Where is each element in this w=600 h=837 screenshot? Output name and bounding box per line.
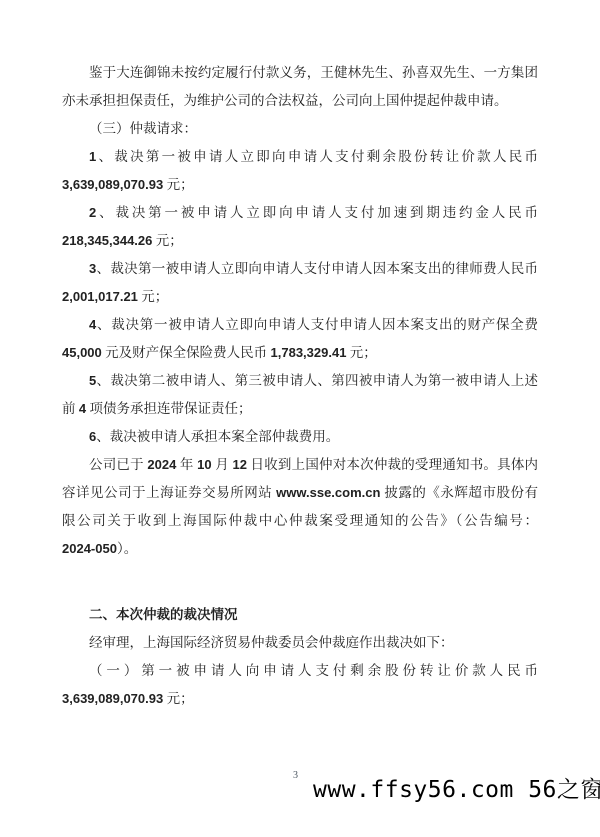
cjk-text: （三）仲裁请求：	[89, 121, 197, 136]
cjk-text: 亦未承担担保责任，为维护公司的合法权益，公司向上国仲提起仲裁申请。	[62, 93, 508, 108]
text-line: 218,345,344.26 元；	[62, 227, 538, 255]
cjk-text: 、裁决第一被申请人立即向申请人支付申请人因本案支出的财产保全费	[96, 317, 538, 332]
cjk-text: 容详见公司于上海证券交易所网站	[62, 485, 276, 500]
cjk-text: 鉴于大连御锦未按约定履行付款义务，王健林先生、孙喜双先生、一方集团	[89, 65, 538, 80]
text-line: 2、裁决第一被申请人立即向申请人支付加速到期违约金人民币	[62, 199, 538, 227]
text-line: 容详见公司于上海证券交易所网站 www.sse.com.cn 披露的《永辉超市股…	[62, 479, 538, 507]
cjk-text: 、裁决第一被申请人立即向申请人支付申请人因本案支出的律师费人民币	[96, 261, 538, 276]
text-line: 6、裁决被申请人承担本案全部仲裁费用。	[62, 423, 538, 451]
text-line: （一）第一被申请人向申请人支付剩余股份转让价款人民币	[62, 657, 538, 685]
cjk-text: 元及财产保全保险费人民币	[102, 345, 271, 360]
text-line: 5、裁决第二被申请人、第三被申请人、第四被申请人为第一被申请人上述	[62, 367, 538, 395]
cjk-text: 项债务承担连带保证责任；	[86, 401, 251, 416]
text-line: 亦未承担担保责任，为维护公司的合法权益，公司向上国仲提起仲裁申请。	[62, 87, 538, 115]
text-line: （三）仲裁请求：	[62, 115, 538, 143]
cjk-text: 、裁决第二被申请人、第三被申请人、第四被申请人为第一被申请人上述	[96, 373, 538, 388]
text-line: 鉴于大连御锦未按约定履行付款义务，王健林先生、孙喜双先生、一方集团	[62, 59, 538, 87]
numeric-text: 2024-050	[62, 541, 117, 556]
numeric-text: 12	[232, 457, 246, 472]
numeric-text: 218,345,344.26	[62, 233, 152, 248]
text-line: 45,000 元及财产保全保险费人民币 1,783,329.41 元；	[62, 339, 538, 367]
text-line: 4、裁决第一被申请人立即向申请人支付申请人因本案支出的财产保全费	[62, 311, 538, 339]
numeric-text: 3,639,089,070.93	[62, 691, 163, 706]
numeric-text: 2024	[147, 457, 176, 472]
numeric-text: 2,001,017.21	[62, 289, 138, 304]
text-line: 限公司关于收到上海国际仲裁中心仲裁案受理通知的公告》（公告编号：	[62, 507, 538, 535]
page-number: 3	[293, 770, 298, 781]
cjk-text: 元；	[346, 345, 376, 360]
cjk-text: 前	[62, 401, 79, 416]
cjk-text: 月	[212, 457, 233, 472]
numeric-text: www.sse.com.cn	[276, 485, 380, 500]
text-line: 3,639,089,070.93 元；	[62, 171, 538, 199]
cjk-text: （一）第一被申请人向申请人支付剩余股份转让价款人民币	[89, 663, 538, 678]
text-line: 经审理，上海国际经济贸易仲裁委员会仲裁庭作出裁决如下：	[62, 629, 538, 657]
numeric-text: 10	[197, 457, 211, 472]
cjk-text: 公司已于	[89, 457, 147, 472]
cjk-text: 元；	[138, 289, 168, 304]
cjk-text: 披露的《永辉超市股份有	[380, 485, 538, 500]
document-body: 鉴于大连御锦未按约定履行付款义务，王健林先生、孙喜双先生、一方集团亦未承担担保责…	[62, 59, 538, 713]
cjk-text: 二、本次仲裁的裁决情况	[89, 607, 238, 622]
cjk-text: 经审理，上海国际经济贸易仲裁委员会仲裁庭作出裁决如下：	[89, 635, 454, 650]
cjk-text: 元；	[152, 233, 182, 248]
numeric-text: 3,639,089,070.93	[62, 177, 163, 192]
numeric-text: 45,000	[62, 345, 102, 360]
cjk-text: 、裁决被申请人承担本案全部仲裁费用。	[96, 429, 339, 444]
text-line: 3,639,089,070.93 元；	[62, 685, 538, 713]
numeric-text: 1,783,329.41	[271, 345, 347, 360]
cjk-text: 日收到上国仲对本次仲裁的受理通知书。具体内	[247, 457, 538, 472]
cjk-text: 年	[176, 457, 197, 472]
section-heading: 二、本次仲裁的裁决情况	[62, 601, 538, 629]
cjk-text: 、裁决第一被申请人立即向申请人支付加速到期违约金人民币	[96, 205, 538, 220]
cjk-text: 限公司关于收到上海国际仲裁中心仲裁案受理通知的公告》（公告编号：	[62, 513, 538, 528]
text-line: 2024-050）。	[62, 535, 538, 563]
cjk-text: 元；	[163, 691, 193, 706]
document-page: 鉴于大连御锦未按约定履行付款义务，王健林先生、孙喜双先生、一方集团亦未承担担保责…	[0, 0, 600, 837]
cjk-text: ）。	[117, 541, 137, 556]
cjk-text: 、裁决第一被申请人立即向申请人支付剩余股份转让价款人民币	[96, 149, 538, 164]
text-line: 公司已于 2024 年 10 月 12 日收到上国仲对本次仲裁的受理通知书。具体…	[62, 451, 538, 479]
cjk-text: 元；	[163, 177, 193, 192]
text-line: 3、裁决第一被申请人立即向申请人支付申请人因本案支出的律师费人民币	[62, 255, 538, 283]
text-line: 2,001,017.21 元；	[62, 283, 538, 311]
text-line: 前 4 项债务承担连带保证责任；	[62, 395, 538, 423]
watermark: www.ffsy56.com 56之窗	[313, 772, 600, 808]
text-line: 1、裁决第一被申请人立即向申请人支付剩余股份转让价款人民币	[62, 143, 538, 171]
